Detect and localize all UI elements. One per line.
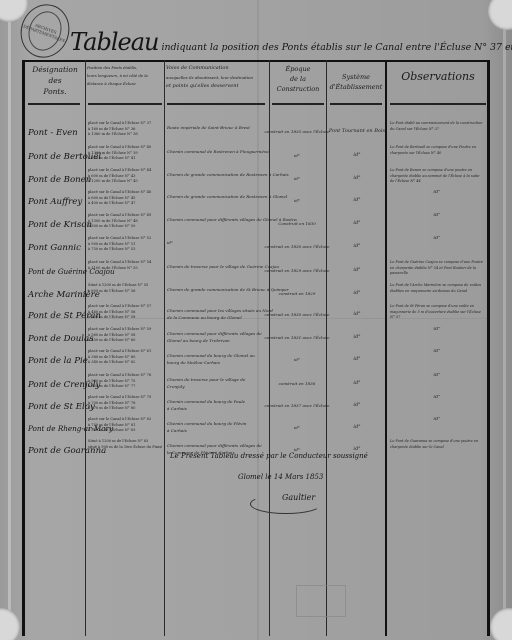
construction-date: id° [262, 357, 332, 362]
header-epoque: Époque de la Construction [272, 64, 324, 94]
bridge-system: id° [326, 402, 388, 408]
observation-note: Le Pont de St Péran se compose d'une voû… [390, 304, 484, 321]
bridge-position: placé sur le Canal à l'Écluse N° 40à 130… [88, 145, 162, 162]
faint-bleedthrough-box [296, 585, 346, 617]
position-line: placé sur le Canal à l'Écluse N° 57 [88, 304, 162, 310]
construction-date: construit en 1829 [262, 291, 332, 296]
observation-note: id° [390, 190, 484, 196]
bridge-position: placé sur le Canal à l'Écluse N° 79à 700… [88, 395, 162, 412]
bridge-system: id° [326, 220, 388, 226]
position-line: à 800 m de l'Écluse N° 41 [88, 156, 162, 162]
position-line: placé sur le Canal à l'Écluse N° 46 [88, 190, 162, 196]
bridge-position: placé sur le Canal à l'Écluse N° 76à 980… [88, 373, 162, 390]
observation-note: Le Pont de Guérine Coajou se compose d'u… [390, 260, 484, 277]
title-rest: indiquant la position des Ponts établis … [161, 42, 512, 53]
observation-note: id° [390, 213, 484, 219]
header-systeme: Système d'Établissement [328, 72, 384, 92]
header-underline [390, 103, 486, 105]
header-line: leurs longueurs, à mi côté de la [87, 72, 163, 80]
bridge-position: placé sur le Canal à l'Écluse N° 37à 160… [88, 121, 162, 138]
observation-note: Le Pont établi au commencement de la con… [390, 121, 484, 132]
observation-note: Le Pont de Bertouël se compose d'une Pou… [390, 145, 484, 156]
construction-date: construit en 1830 avec l'Écluse [262, 244, 332, 249]
sheet-edge-right [503, 0, 506, 640]
signature-line-1: Le Présent Tableau dressé par le Conduct… [170, 452, 368, 460]
column-divider [85, 60, 86, 636]
column-divider [269, 60, 270, 636]
header-line: Système [328, 72, 384, 82]
bridge-system: id° [326, 175, 388, 181]
bridge-name: Pont de Krison [28, 220, 92, 230]
position-line: placé sur le Canal à l'Écluse N° 52 [88, 236, 162, 242]
position-line: placé sur le Canal à l'Écluse N° 79 [88, 395, 162, 401]
document-title: Tableau indiquant la position des Ponts … [70, 28, 490, 56]
observation-note: Le Pont de Bonen se compose d'une poutre… [390, 168, 484, 185]
position-line: placé sur le Canal à l'Écluse N° 37 [88, 121, 162, 127]
position-line: placé sur le Canal à l'Écluse N° 40 [88, 145, 162, 151]
position-line: placé sur le Canal à l'Écluse N° 49 [88, 213, 162, 219]
construction-date: construit en 1835 avec l'Écluse [262, 129, 332, 134]
header-underline [167, 103, 265, 105]
sheet-edge-left [8, 0, 11, 640]
position-line: à 650 m de l'Écluse N° 77 [88, 384, 162, 390]
header-line: et points qu'elles desservent [166, 82, 268, 91]
position-line: à 580 m de l'Écluse N° 83 [88, 428, 162, 434]
header-position: Position des Ponts établis, leurs longue… [87, 64, 163, 88]
observation-note: id° [390, 417, 484, 423]
header-line: d'Établissement [328, 82, 384, 92]
title-word: ableau [83, 28, 158, 56]
bridge-position: Situé à 1200 m de l'Écluse N° 55à 800 m … [88, 283, 162, 294]
bridge-system: id° [326, 267, 388, 273]
position-line: à 400 m de l'Écluse N° 47 [88, 201, 162, 207]
column-divider [164, 60, 165, 636]
bridge-system: id° [326, 311, 388, 317]
bridge-name: Pont Gannic [28, 243, 81, 253]
header-underline [28, 103, 80, 105]
signature-date: Glomel le 14 Mars 1853 [238, 473, 323, 481]
header-line: Position des Ponts établis, [87, 64, 163, 72]
stamp-text: ARCHIVES DÉPARTEMENTALES [23, 19, 68, 43]
construction-date: id° [262, 153, 332, 158]
position-line: placé sur le Canal à l'Écluse N° 61 [88, 349, 162, 355]
bridge-position: placé sur le Canal à l'Écluse N° 57à 460… [88, 304, 162, 321]
bridge-position: placé sur le Canal à l'Écluse N° 44à 600… [88, 168, 162, 185]
column-divider [385, 60, 387, 636]
header-line: Ponts. [26, 86, 84, 97]
observation-note: id° [390, 395, 484, 401]
observation-note: Le Pont de l'Arche Marinière se compose … [390, 283, 484, 294]
construction-date: id° [262, 198, 332, 203]
observation-note: id° [390, 236, 484, 242]
title-initial: T [70, 28, 83, 56]
construction-date: id° [262, 176, 332, 181]
bridge-position: placé sur le Canal à l'Écluse N° 59à 560… [88, 327, 162, 344]
construction-date: Construit en 1830 [262, 221, 332, 226]
position-line: à 800 m de l'Écluse N° 56 [88, 289, 162, 295]
header-communication: Voies de Communication auxquelles ils ab… [166, 64, 268, 91]
position-line: à 570 m de l'Écluse N° 80 [88, 406, 162, 412]
header-line: Construction [272, 84, 324, 94]
column-divider [326, 60, 327, 636]
position-line: placé sur le Canal à l'Écluse N° 82 [88, 417, 162, 423]
position-line: à 300 m de l'Écluse N° 58 [88, 315, 162, 321]
header-underline [272, 103, 324, 105]
header-line: auxquelles ils aboutissent, leur destina… [166, 73, 268, 82]
bridge-name: Pont Auffrey [28, 197, 82, 207]
bridge-system: id° [326, 380, 388, 386]
position-line: placé sur le Canal à l'Écluse N° 54 [88, 260, 162, 266]
bridge-position: placé sur le Canal à l'Écluse N° 52à 900… [88, 236, 162, 253]
construction-date: id° [262, 425, 332, 430]
position-line: à 750 m de l'Écluse N° 53 [88, 247, 162, 253]
position-line: à 1360 m de l'Écluse N° 38 [88, 132, 162, 138]
bridge-position: placé sur le Canal à l'Écluse N° 54à 110… [88, 260, 162, 271]
bridge-name: Pont de Bonen [28, 175, 91, 185]
bridge-name: Pont de Doulas [28, 334, 94, 344]
bridge-system: id° [326, 197, 388, 203]
bridge-system: id° [326, 334, 388, 340]
header-line: Désignation [26, 64, 84, 75]
construction-date: construit en 1829 avec l'Écluse [262, 268, 332, 273]
header-line: Époque [272, 64, 324, 74]
bridge-position: Situé à 1200 m de l'Écluse N° 83situé à … [88, 439, 162, 450]
bridge-name: Pont de St Eloy [28, 402, 95, 412]
observation-note: id° [390, 327, 484, 333]
header-line: distance à chaque Écluse [87, 80, 163, 88]
construction-date: construit en 1837 avec l'Écluse [262, 403, 332, 408]
observation-note: Le Pont de Goaranna se compose d'une pou… [390, 439, 484, 450]
bridge-system: id° [326, 356, 388, 362]
bridge-system: Pont Tournant en Bois [326, 128, 388, 134]
header-underline [88, 103, 162, 105]
construction-date: construit en 1831 avec l'Écluse [262, 335, 332, 340]
position-line: à 1200 m de l'Écluse N° 45 [88, 179, 162, 185]
signature-flourish-icon [250, 494, 322, 514]
position-line: à 340 m de l'Écluse N° 62 [88, 360, 162, 366]
construction-date: construit en 1830 avec l'Écluse [262, 312, 332, 317]
position-line: à 300 m de l'Écluse N° 50 [88, 224, 162, 230]
observation-note: id° [390, 349, 484, 355]
bridge-position: placé sur le Canal à l'Écluse N° 49à 130… [88, 213, 162, 230]
construction-date: construit en 1836 [262, 381, 332, 386]
bridge-system: id° [326, 152, 388, 158]
observation-note: id° [390, 373, 484, 379]
position-line: placé sur le Canal à l'Écluse N° 76 [88, 373, 162, 379]
header-line: des [26, 75, 84, 86]
header-line: de la [272, 74, 324, 84]
header-line: Observations [390, 72, 486, 81]
position-line: placé sur le Canal à l'Écluse N° 59 [88, 327, 162, 333]
header-observations: Observations [390, 72, 486, 81]
bridge-system: id° [326, 290, 388, 296]
header-designation: Désignation des Ponts. [26, 64, 84, 97]
bridge-position: placé sur le Canal à l'Écluse N° 82à 750… [88, 417, 162, 434]
position-line: situé à 900 m de la 1ère Écluse du Finis… [88, 445, 162, 451]
position-line: placé sur le Canal à l'Écluse N° 44 [88, 168, 162, 174]
bridge-system: id° [326, 424, 388, 430]
bridge-position: placé sur le Canal à l'Écluse N° 61à 380… [88, 349, 162, 366]
header-line: Voies de Communication [166, 64, 268, 73]
position-line: à 1100 m de l'Écluse N° 55 [88, 266, 162, 272]
bridge-system: id° [326, 243, 388, 249]
bridge-position: placé sur le Canal à l'Écluse N° 46à 600… [88, 190, 162, 207]
position-line: à 450 m de l'Écluse N° 60 [88, 338, 162, 344]
bridge-name: Pont de la Pie [28, 356, 88, 366]
header-underline [330, 103, 382, 105]
bridge-name: Pont - Even [28, 128, 78, 138]
